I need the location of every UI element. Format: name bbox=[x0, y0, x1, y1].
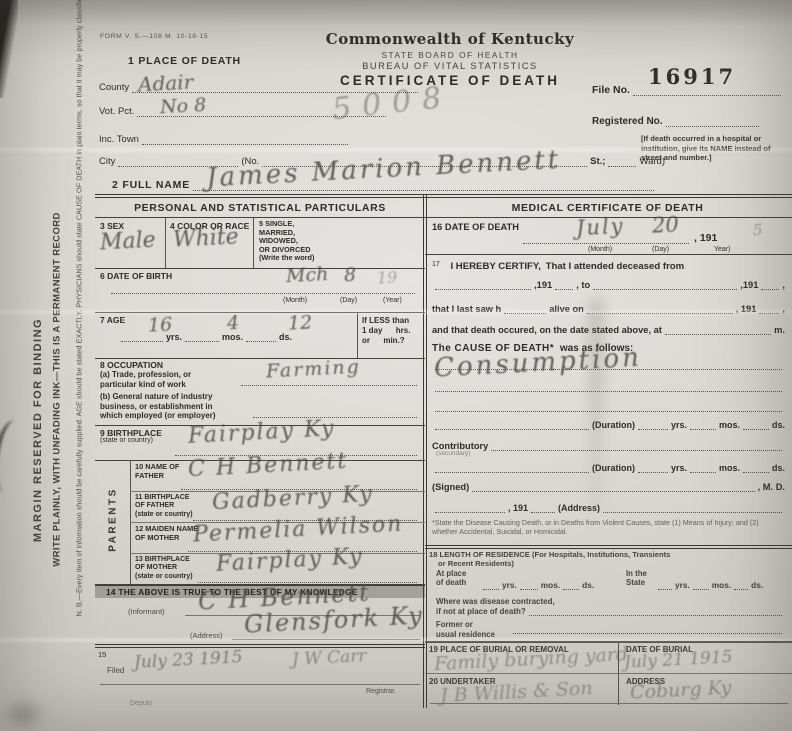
form-number: FORM V. S.—108 M. 10-18-15 bbox=[100, 33, 208, 40]
father-birthplace-label: 11 BIRTHPLACE OF FATHER (state or countr… bbox=[135, 494, 193, 519]
certify-dates-line: ,191 , to ,191 , bbox=[432, 280, 785, 290]
cause-footnote: *State the Disease Causing Death, or in … bbox=[432, 518, 785, 536]
dotted-line bbox=[435, 388, 782, 392]
residence-place-line: yrs. mos. ds. bbox=[480, 580, 618, 590]
birthplace-value-handwritten: Fairplay Ky bbox=[187, 416, 336, 449]
dod-day-handwritten: 20 bbox=[651, 212, 679, 237]
dotted-line bbox=[483, 586, 499, 590]
dob-year-caption: (Year) bbox=[383, 297, 402, 304]
divider bbox=[95, 358, 425, 359]
registrar-label: Registrar. bbox=[366, 688, 396, 695]
signed-address-line: , 191 (Address) bbox=[432, 503, 785, 513]
deputy-label: Deputy bbox=[130, 700, 152, 707]
age-years-handwritten: 16 bbox=[147, 313, 172, 336]
contributory-line: Contributory bbox=[432, 441, 785, 451]
dotted-line bbox=[743, 469, 769, 473]
dod-year-handwritten: 5 bbox=[753, 221, 763, 239]
residence-label-2: or Recent Residents) bbox=[438, 559, 514, 568]
commonwealth-title: Commonwealth of Kentucky bbox=[300, 30, 600, 48]
cell-divider bbox=[357, 312, 358, 358]
to-label: , to bbox=[576, 280, 590, 290]
signed-line: (Signed) , M. D. bbox=[432, 482, 785, 492]
dotted-line bbox=[761, 286, 779, 290]
dotted-line bbox=[185, 338, 219, 342]
bureau-label: BUREAU OF VITAL STATISTICS bbox=[300, 61, 600, 71]
dotted-line bbox=[665, 331, 771, 335]
yrs-label: yrs. bbox=[671, 420, 687, 430]
ds-label: ds. bbox=[772, 420, 785, 430]
informant-address-label: (Address) bbox=[190, 631, 223, 640]
dob-month-caption: (Month) bbox=[283, 297, 307, 304]
in-the-state-label: In the State bbox=[626, 569, 647, 587]
state-board-label: STATE BOARD OF HEALTH bbox=[300, 50, 600, 60]
dotted-line bbox=[520, 586, 538, 590]
certify-rest-label: That I attended deceased from bbox=[546, 261, 685, 272]
inc-town-row: Inc. Town bbox=[99, 134, 351, 145]
dotted-line bbox=[638, 469, 668, 473]
dotted-line bbox=[593, 286, 737, 290]
personal-section-title: PERSONAL AND STATISTICAL PARTICULARS bbox=[95, 202, 425, 214]
year-191-label: ,191 bbox=[534, 280, 552, 290]
yrs-label: yrs. bbox=[671, 463, 687, 473]
death-occurred-label: and that death occured, on the date stat… bbox=[432, 325, 662, 335]
dotted-line bbox=[555, 286, 573, 290]
cell-divider bbox=[253, 218, 254, 268]
filed-label: Filed bbox=[107, 666, 124, 675]
yrs-label: yrs. bbox=[675, 580, 690, 590]
secondary-label: (secondary) bbox=[436, 450, 470, 457]
year-191-label: , 191 bbox=[508, 503, 528, 513]
if-not-label: if not at place of death? bbox=[436, 607, 526, 616]
ds-label: ds. bbox=[751, 580, 763, 590]
mos-label: mos. bbox=[712, 580, 731, 590]
dob-day-handwritten: 8 bbox=[343, 264, 356, 287]
occupation-value-handwritten: Farming bbox=[265, 356, 361, 383]
dotted-line bbox=[472, 488, 754, 492]
margin-nb-note: N. B.—Every item of information should b… bbox=[75, 87, 84, 617]
dod-day-caption: (Day) bbox=[652, 246, 669, 253]
dotted-line bbox=[563, 586, 579, 590]
dotted-line bbox=[435, 469, 589, 473]
marital-status-label: 5 SINGLE, MARRIED, WIDOWED, OR DIVORCED … bbox=[259, 220, 314, 263]
margin-binding-text: MARGIN RESERVED FOR BINDING bbox=[32, 260, 44, 600]
scan-corner-shadow bbox=[0, 0, 18, 98]
dob-day-caption: (Day) bbox=[340, 297, 357, 304]
ds-label: ds. bbox=[772, 463, 785, 473]
occupation-a-label: (a) Trade, profession, or particular kin… bbox=[100, 370, 191, 389]
certify-line: 17 I HEREBY CERTIFY, That I attended dec… bbox=[432, 261, 684, 272]
mos-label: mos. bbox=[719, 463, 740, 473]
residence-label: 18 LENGTH OF RESIDENCE (For Hospitals, I… bbox=[429, 550, 670, 559]
certify-bold-label: I HEREBY CERTIFY, bbox=[450, 261, 540, 272]
dod-month-handwritten: July bbox=[575, 214, 625, 241]
dotted-line bbox=[435, 426, 589, 430]
comma-label: , bbox=[782, 304, 785, 314]
dotted-line bbox=[658, 586, 672, 590]
signed-label: (Signed) bbox=[432, 482, 469, 492]
signature-line bbox=[232, 639, 420, 640]
dotted-line bbox=[241, 382, 417, 386]
vot-pct-value-handwritten: No 8 bbox=[159, 94, 206, 118]
dob-line bbox=[108, 290, 418, 294]
last-saw-label: that I last saw h bbox=[432, 304, 501, 314]
sex-value-handwritten: Male bbox=[99, 228, 156, 256]
inc-town-label: Inc. Town bbox=[99, 134, 139, 145]
duration-label: (Duration) bbox=[592, 463, 635, 473]
file-no-label: File No. bbox=[592, 84, 630, 96]
certify-number: 17 bbox=[432, 261, 440, 268]
vot-pct-label: Vot. Pct. bbox=[99, 106, 134, 117]
cause-line bbox=[432, 388, 785, 392]
divider bbox=[95, 644, 425, 648]
dod-year-caption: Year) bbox=[714, 246, 730, 253]
dotted-line bbox=[743, 426, 769, 430]
dotted-line bbox=[690, 426, 716, 430]
filed-number: 15 bbox=[98, 650, 106, 659]
dotted-line bbox=[523, 240, 689, 244]
death-occurred-line: and that death occured, on the date stat… bbox=[432, 325, 785, 335]
birthplace-sub-label: (state or country) bbox=[100, 437, 153, 444]
mother-birthplace-label: 13 BIRTHPLACE OF MOTHER (state or countr… bbox=[135, 556, 193, 581]
dotted-line bbox=[690, 469, 716, 473]
occupation-a-line bbox=[238, 382, 420, 386]
scan-smudge bbox=[0, 698, 46, 731]
mos-label: mos. bbox=[541, 580, 560, 590]
dotted-line bbox=[435, 286, 531, 290]
county-value-handwritten: Adair bbox=[137, 70, 193, 97]
dotted-line bbox=[111, 290, 415, 294]
city-label: City bbox=[99, 156, 115, 167]
undertaker-address-handwritten: Coburg Ky bbox=[629, 676, 731, 703]
dob-month-handwritten: Mch bbox=[285, 263, 328, 287]
place-of-death-label: 1 PLACE OF DEATH bbox=[128, 55, 241, 67]
color-value-handwritten: White bbox=[172, 224, 239, 252]
father-name-label: 10 NAME OF FATHER bbox=[135, 463, 179, 481]
scan-fold-mark bbox=[0, 418, 30, 494]
m-label: m. bbox=[774, 325, 785, 335]
divider bbox=[95, 312, 425, 313]
dotted-line bbox=[633, 92, 781, 96]
full-name-label: 2 FULL NAME bbox=[112, 179, 190, 191]
dotted-line bbox=[491, 447, 782, 451]
last-saw-line: that I last saw h alive on , 191 , bbox=[432, 304, 785, 314]
informant-label: (Informant) bbox=[128, 607, 165, 616]
divider bbox=[95, 217, 425, 218]
cause-line bbox=[432, 408, 785, 412]
registered-no-row: Registered No. bbox=[592, 116, 762, 127]
dotted-line bbox=[608, 163, 636, 167]
occupation-label: 8 OCCUPATION bbox=[100, 360, 163, 370]
dob-label: 6 DATE OF BIRTH bbox=[100, 271, 172, 281]
cell-divider bbox=[165, 218, 166, 268]
age-months-handwritten: 4 bbox=[226, 312, 239, 335]
dotted-line bbox=[513, 630, 782, 634]
alive-on-label: alive on bbox=[549, 304, 584, 314]
vot-pct-row: Vot. Pct. bbox=[99, 106, 389, 117]
signed-address-label: (Address) bbox=[558, 503, 600, 513]
filed-date-handwritten: July 23 1915 bbox=[134, 647, 243, 673]
column-divider bbox=[423, 194, 427, 708]
comma-label: , bbox=[782, 280, 785, 290]
residence-state-line: yrs. mos. ds. bbox=[655, 580, 785, 590]
mother-maiden-name-label: 12 MAIDEN NAME OF MOTHER bbox=[135, 525, 198, 543]
file-no-value: 16917 bbox=[648, 64, 736, 89]
year-191-label: , 191 bbox=[736, 304, 757, 314]
divider bbox=[100, 684, 420, 685]
death-certificate-scan: MARGIN RESERVED FOR BINDING WRITE PLAINL… bbox=[0, 0, 792, 731]
duration-line: (Duration) yrs. mos. ds. bbox=[432, 463, 785, 473]
dob-year-handwritten: 19 bbox=[377, 267, 398, 287]
dotted-line bbox=[587, 310, 733, 314]
mos-label: mos. bbox=[719, 420, 740, 430]
margin-write-plainly-text: WRITE PLAINLY, WITH UNFADING INK—THIS IS… bbox=[52, 112, 63, 668]
dotted-line bbox=[246, 338, 276, 342]
dod-year-printed: , 191 bbox=[694, 232, 717, 244]
dod-line bbox=[520, 240, 692, 244]
dotted-line bbox=[638, 426, 668, 430]
dod-month-caption: (Month) bbox=[588, 246, 612, 253]
county-label: County bbox=[99, 82, 129, 93]
city-ward-label: Ward) bbox=[639, 156, 665, 167]
divider bbox=[425, 254, 792, 255]
dotted-line bbox=[531, 509, 555, 513]
dotted-line bbox=[142, 141, 348, 145]
dotted-line bbox=[734, 586, 748, 590]
dotted-line bbox=[435, 509, 505, 513]
if-less-than-label: If LESS than 1 day hrs. or min.? bbox=[362, 316, 410, 346]
dotted-line bbox=[666, 123, 759, 127]
burial-date-handwritten: July 21 1915 bbox=[624, 647, 733, 673]
former-residence-label: Former or usual residence bbox=[436, 620, 495, 639]
divider bbox=[95, 194, 792, 198]
dotted-line bbox=[759, 310, 779, 314]
divider bbox=[430, 703, 788, 704]
medical-section-title: MEDICAL CERTIFICATE OF DEATH bbox=[425, 202, 790, 214]
where-contracted-label: Where was disease contracted, bbox=[436, 597, 555, 606]
if-not-line: if not at place of death? bbox=[436, 607, 785, 616]
duration-label: (Duration) bbox=[592, 420, 635, 430]
former-residence-line bbox=[510, 630, 785, 634]
at-place-of-death-label: At place of death bbox=[436, 569, 466, 587]
dotted-line bbox=[693, 586, 709, 590]
city-st-label: St.; bbox=[590, 156, 605, 167]
registered-no-label: Registered No. bbox=[592, 116, 663, 127]
dotted-line bbox=[121, 338, 163, 342]
duration-line: (Duration) yrs. mos. ds. bbox=[432, 420, 785, 430]
year-191-label: ,191 bbox=[740, 280, 758, 290]
md-label: , M. D. bbox=[758, 482, 785, 492]
dotted-line bbox=[435, 408, 782, 412]
date-of-death-label: 16 DATE OF DEATH bbox=[432, 222, 519, 232]
divider bbox=[425, 673, 792, 674]
age-label: 7 AGE bbox=[100, 315, 125, 325]
age-days-handwritten: 12 bbox=[287, 311, 312, 334]
divider bbox=[425, 545, 792, 549]
parents-label: PARENTS bbox=[108, 460, 119, 580]
registrar-signature-handwritten: J W Carr bbox=[292, 646, 367, 670]
yrs-label: yrs. bbox=[502, 580, 517, 590]
divider bbox=[425, 641, 792, 643]
dotted-line bbox=[603, 509, 782, 513]
occupation-b-label: (b) General nature of industry business,… bbox=[100, 392, 216, 421]
ds-label: ds. bbox=[582, 580, 594, 590]
dotted-line bbox=[529, 612, 782, 616]
dotted-line bbox=[504, 310, 546, 314]
